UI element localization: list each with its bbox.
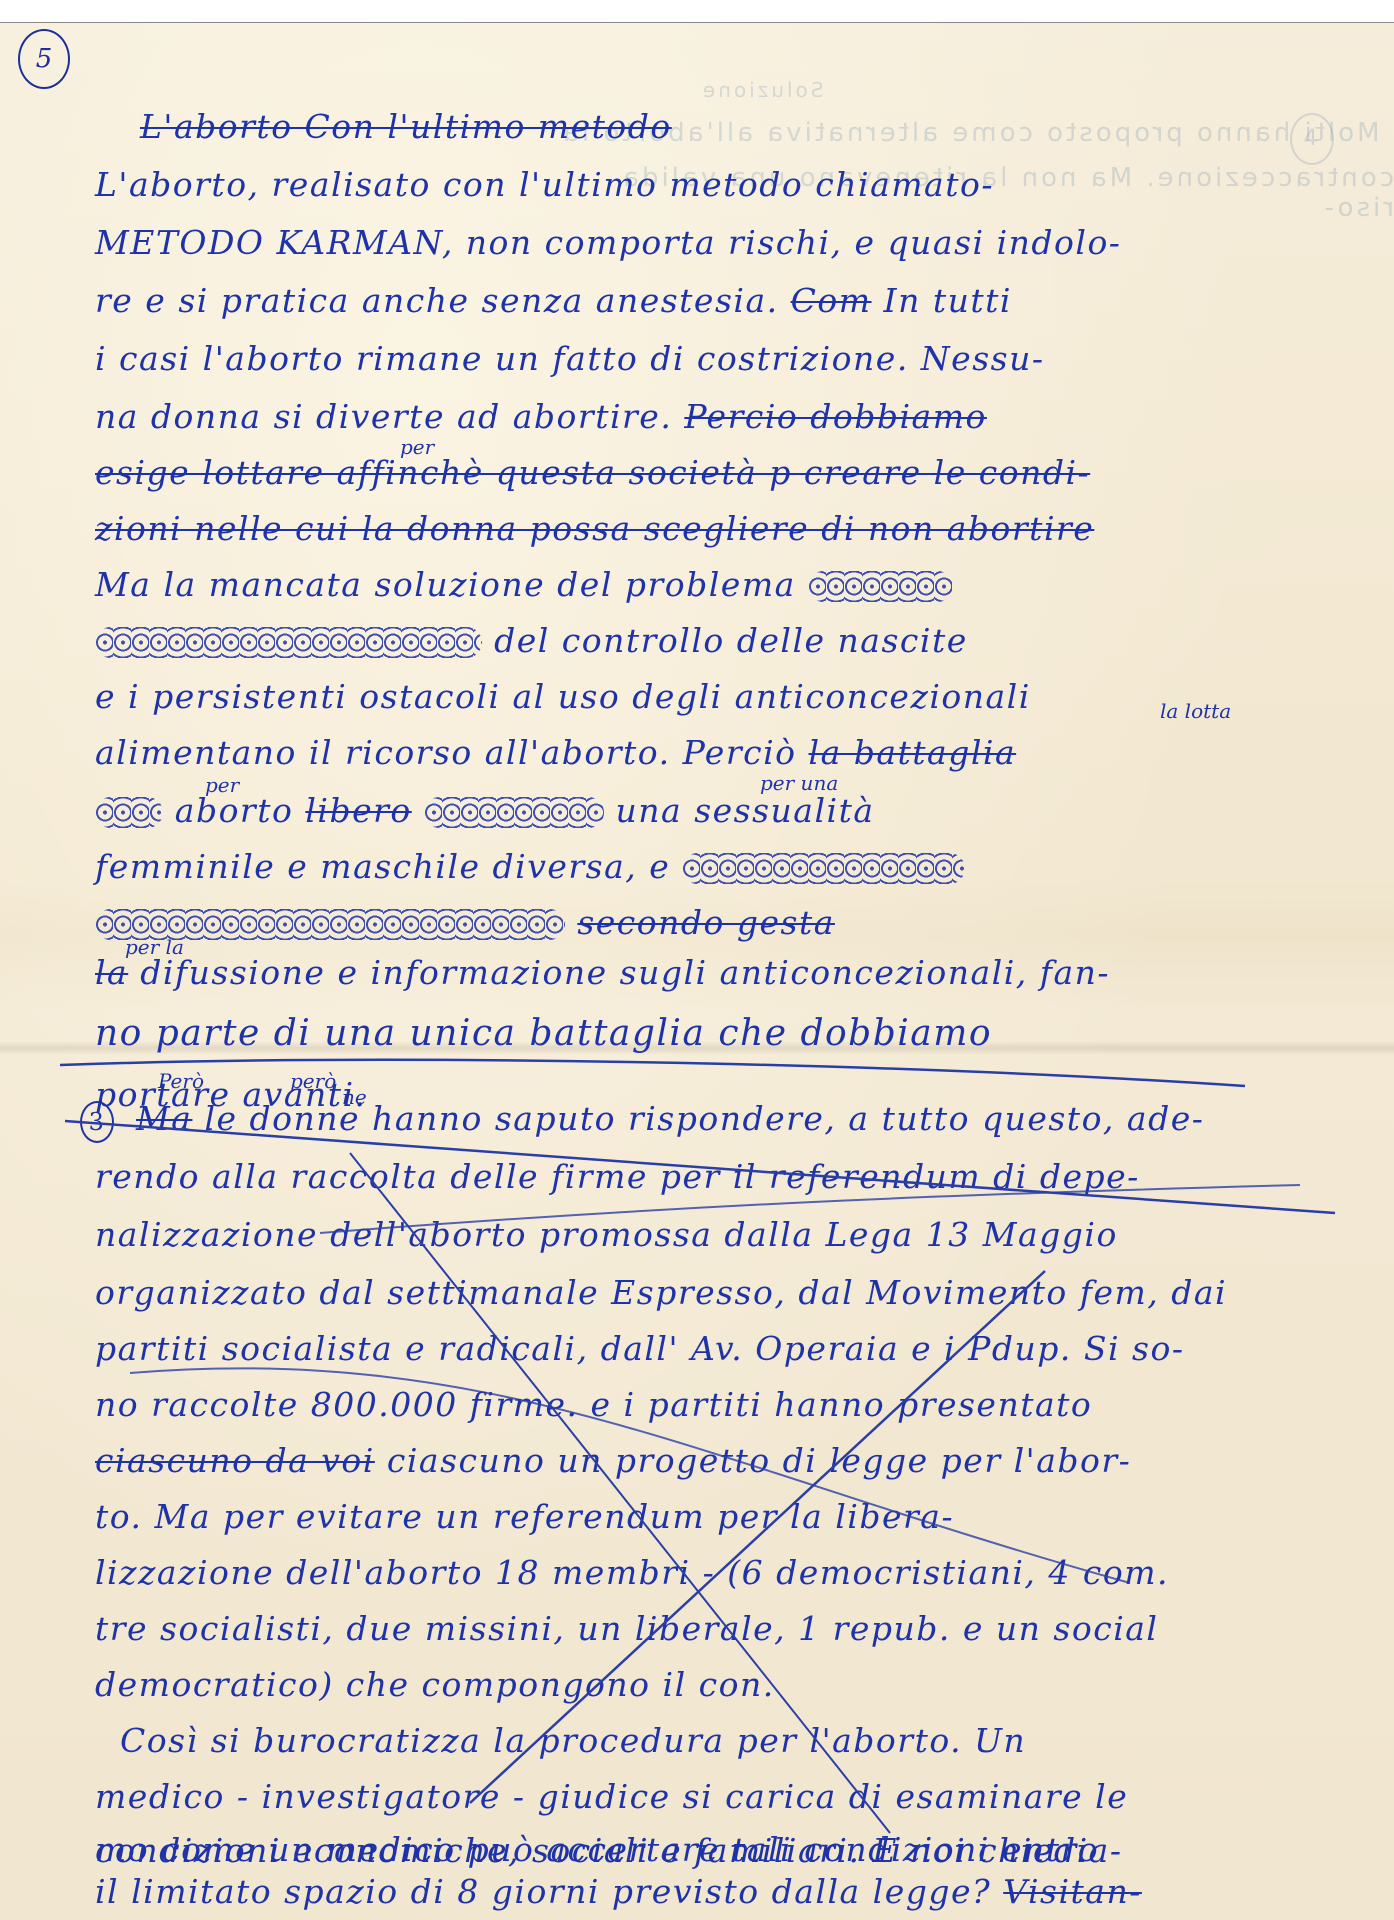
line-text: re e si pratica anche senza anestesia.: [95, 281, 779, 320]
line-text: femminile e maschile diversa, e: [95, 847, 670, 886]
text-line: e i persistenti ostacoli al uso degli an…: [95, 677, 1031, 716]
scribbled-out-text: per una cultura: [682, 847, 964, 886]
text-line: METODO KARMAN, non comporta rischi, e qu…: [95, 223, 1121, 262]
text-line: to. Ma per evitare un referendum per la …: [95, 1497, 954, 1536]
text-line: re e si pratica anche senza anestesia. C…: [95, 281, 1012, 320]
text-line: femminile e maschile diversa, e per una …: [95, 847, 965, 886]
text-line: partiti socialista e radicali, dall' Av.…: [95, 1329, 1184, 1368]
text-line: la difussione e informazione sugli antic…: [95, 953, 1110, 992]
text-line: L'aborto, realisato con l'ultimo metodo …: [95, 165, 994, 204]
text-line: no parte di una unica battaglia che dobb…: [95, 1013, 992, 1054]
text-line: alimentano il ricorso all'aborto. Perciò…: [95, 733, 1016, 772]
scribbled-out-text: dagli aa: [808, 565, 953, 604]
line-text: na donna si diverte ad abortire.: [95, 397, 672, 436]
struck-word: Ma: [136, 1099, 192, 1138]
text-line: il limitato spazio di 8 giorni previsto …: [95, 1872, 1142, 1911]
text-line: lizzazione dell'aborto 18 membri - (6 de…: [95, 1553, 1169, 1592]
struck-title: L'aborto Con l'ultimo metodo: [140, 107, 672, 146]
struck-word: Visitan-: [1003, 1872, 1142, 1911]
text-line: dell aborto libero e gratuito una sessua…: [95, 791, 875, 830]
text-line: nalizzazione dell'aborto promossa dalla …: [95, 1215, 1118, 1254]
text-line: Ma la mancata soluzione del problema dag…: [95, 565, 953, 604]
insertion-above: Però: [158, 1069, 204, 1093]
text-line: oggi occhi dell'abelle del controllo del…: [95, 621, 968, 660]
text-line: democratico) che compongono il con.: [95, 1665, 775, 1704]
text-line: mo come un medico può accertare tali con…: [95, 1830, 1099, 1869]
text-line: organizzato dal settimanale Espresso, da…: [95, 1273, 1227, 1312]
text-line: i casi l'aborto rimane un fatto di costr…: [95, 339, 1045, 378]
text-line: na donna si diverte ad abortire. Percio …: [95, 397, 987, 436]
struck-phrase: ciascuno da voi: [95, 1441, 375, 1480]
section-number-circle: 3: [80, 1101, 114, 1143]
line-text: il limitato spazio di 8 giorni previsto …: [95, 1872, 991, 1911]
text-line: rendo alla raccolta delle firme per il r…: [95, 1157, 1140, 1196]
text-line: ciascuno da voi ciascuno un progetto di …: [95, 1441, 1131, 1480]
struck-line: esige lottare affinchè questa società p …: [95, 453, 1090, 492]
struck-word: la: [95, 953, 128, 992]
scribbled-out-text: dell: [95, 791, 163, 830]
struck-word: libero: [305, 791, 411, 830]
line-text: le donne hanno saputo rispondere, a tutt…: [204, 1099, 1204, 1138]
insertion-above: però: [290, 1069, 336, 1093]
text-line: di genere nuova e diversa secondo gesta: [95, 903, 835, 942]
text-line: no raccolte 800.000 firme. e i partiti h…: [95, 1385, 1092, 1424]
line-text: una sessualità: [616, 791, 875, 830]
page-number: 5: [36, 44, 53, 74]
line-text: aborto: [175, 791, 294, 830]
paper-sheet: 4 Soluzione Molti hanno proposto come al…: [0, 22, 1394, 1920]
scribbled-out-text: oggi occhi dell'abelle: [95, 621, 482, 660]
struck-line: zioni nelle cui la donna possa scegliere…: [95, 509, 1094, 548]
bleed-line: Molti hanno proposto come alternativa al…: [560, 118, 1380, 148]
text-line: 3 Ma le donne hanno saputo rispondere, a…: [80, 1099, 1204, 1143]
text-line: tre socialisti, due missini, un liberale…: [95, 1609, 1159, 1648]
text-line: Così si burocratizza la procedura per l'…: [120, 1721, 1026, 1760]
line-text: Ma la mancata soluzione del problema: [95, 565, 796, 604]
line-text: alimentano il ricorso all'aborto. Perciò: [95, 733, 797, 772]
page-number-circle: 5: [18, 29, 70, 89]
scribbled-out-text: e gratuito: [424, 791, 604, 830]
struck-phrase: la battaglia: [809, 733, 1017, 772]
line-text: ciascuno un progetto di legge per l'abor…: [387, 1441, 1131, 1480]
struck-phrase: secondo gesta: [577, 903, 835, 942]
struck-word: Com: [791, 281, 872, 320]
line-text: del controllo delle nascite: [494, 621, 968, 660]
struck-phrase: Percio dobbiamo: [684, 397, 987, 436]
line-text: difussione e informazione sugli anticonc…: [140, 953, 1110, 992]
bleed-line: Soluzione: [700, 78, 823, 102]
insertion-above: la lotta: [1160, 699, 1231, 723]
text-line: medico - investigatore - giudice si cari…: [95, 1777, 1128, 1816]
line-text: In tutti: [884, 281, 1012, 320]
